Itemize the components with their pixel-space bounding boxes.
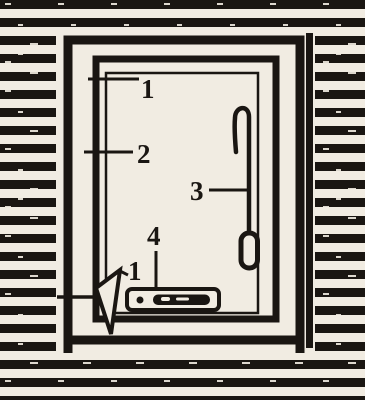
diagram-canvas: 1 2 3 4 1	[0, 0, 365, 400]
casing-foot-right	[296, 344, 305, 353]
callout-1b-label: 1	[128, 256, 142, 286]
lock-slot-highlight	[176, 298, 189, 301]
callout-1-label: 1	[141, 74, 155, 104]
casing-foot-left	[64, 344, 73, 353]
callout-4-label: 4	[147, 221, 161, 251]
callout-2-label: 2	[137, 139, 151, 169]
casing-side-trim	[306, 33, 313, 348]
lock-slot-highlight	[161, 297, 170, 301]
lock-plate-screw	[137, 297, 144, 304]
callout-3-label: 3	[190, 176, 204, 206]
figure-casement-window: 1 2 3 4 1	[0, 0, 365, 400]
